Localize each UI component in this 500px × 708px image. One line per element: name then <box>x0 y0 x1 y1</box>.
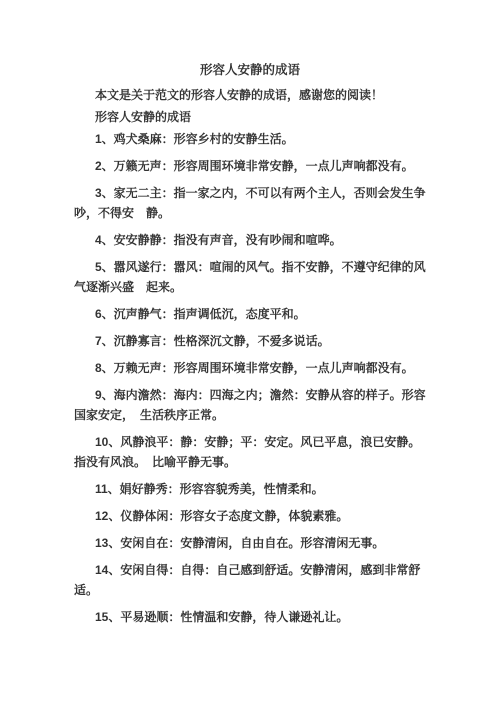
idiom-item: 13、安闲自在：安静清闲，自由自在。形容清闲无事。 <box>74 533 426 553</box>
idiom-list: 1、鸡犬桑麻：形容乡村的安静生活。2、万籁无声：形容周围环境非常安静，一点儿声响… <box>74 129 426 627</box>
idiom-item: 8、万赖无声：形容周围环境非常安静，一点儿声响都没有。 <box>74 358 426 378</box>
idiom-item: 9、海内澹然：海内：四海之内；澹然：安静从容的样子。形容国家安定， 生活秩序正常… <box>74 385 426 425</box>
idiom-item: 6、沉声静气：指声调低沉，态度平和。 <box>74 304 426 324</box>
idiom-item: 3、家无二主：指一家之内，不可以有两个主人，否则会发生争吵，不得安 静。 <box>74 183 426 223</box>
idiom-item: 2、万籁无声：形容周围环境非常安静，一点儿声响都没有。 <box>74 156 426 176</box>
idiom-item: 10、风静浪平：静：安静；平：安定。风已平息，浪已安静。指没有风浪。 比喻平静无… <box>74 432 426 472</box>
idiom-item: 14、安闲自得：自得：自己感到舒适。安静清闲，感到非常舒适。 <box>74 560 426 600</box>
idiom-item: 5、嚣风遂行：嚣风：喧闹的风气。指不安静，不遵守纪律的风气逐渐兴盛 起来。 <box>74 257 426 297</box>
idiom-item: 7、沉静寡言：性格深沉文静，不爱多说话。 <box>74 331 426 351</box>
idiom-item: 1、鸡犬桑麻：形容乡村的安静生活。 <box>74 129 426 149</box>
document-page: 形容人安静的成语 本文是关于范文的形容人安静的成语，感谢您的阅读！ 形容人安静的… <box>0 0 500 708</box>
idiom-item: 15、平易逊顺：性情温和安静，待人谦逊礼让。 <box>74 607 426 627</box>
document-title: 形容人安静的成语 <box>74 60 426 80</box>
idiom-item: 4、安安静静：指没有声音，没有吵闹和喧哗。 <box>74 230 426 250</box>
idiom-item: 12、仪静体闲：形容女子态度文静，体貌素雅。 <box>74 506 426 526</box>
intro-paragraph: 本文是关于范文的形容人安静的成语，感谢您的阅读！ <box>74 85 426 105</box>
idiom-item: 11、娟好静秀：形容容貌秀美，性情柔和。 <box>74 479 426 499</box>
subtitle-paragraph: 形容人安静的成语 <box>74 107 426 127</box>
